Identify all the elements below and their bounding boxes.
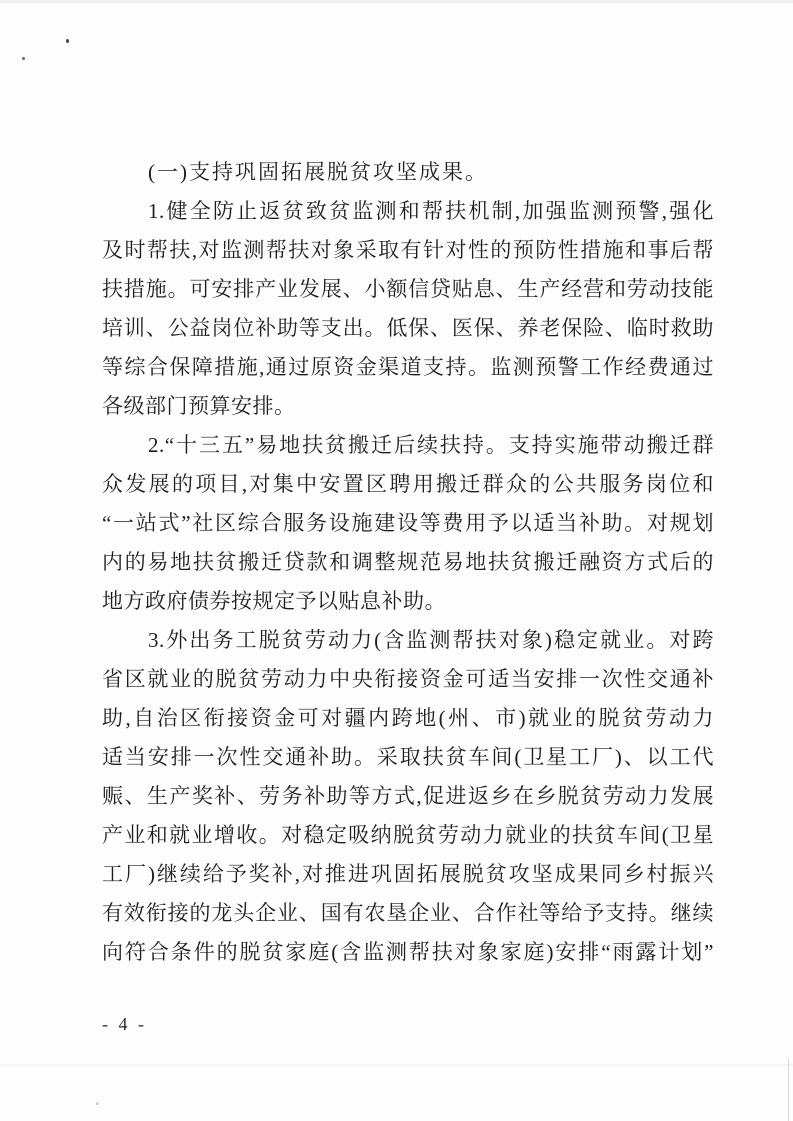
- page-number: - 4 -: [102, 1010, 147, 1038]
- text-line: 3.外出务工脱贫劳动力(含监测帮扶对象)稳定就业。对跨: [102, 621, 714, 660]
- paragraph-1: 1.健全防止返贫致贫监测和帮扶机制,加强监测预警,强化 及时帮扶,对监测帮扶对象…: [102, 192, 714, 426]
- text-line: 工厂)继续给予奖补,对推进巩固拓展脱贫攻坚成果同乡村振兴: [102, 855, 714, 894]
- scan-speck: [66, 39, 69, 43]
- scan-artifact-right-line: [788, 1058, 789, 1121]
- text-line: “一站式”社区综合服务设施建设等费用予以适当补助。对规划: [102, 504, 714, 543]
- text-line: 产业和就业增收。对稳定吸纳脱贫劳动力就业的扶贫车间(卫星: [102, 816, 714, 855]
- text-line: 等综合保障措施,通过原资金渠道支持。监测预警工作经费通过: [102, 348, 714, 387]
- scanned-document-page: (一)支持巩固拓展脱贫攻坚成果。 1.健全防止返贫致贫监测和帮扶机制,加强监测预…: [0, 0, 793, 1121]
- text-line: 1.健全防止返贫致贫监测和帮扶机制,加强监测预警,强化: [102, 192, 714, 231]
- text-line: 扶措施。可安排产业发展、小额信贷贴息、生产经营和劳动技能: [102, 270, 714, 309]
- section-heading: (一)支持巩固拓展脱贫攻坚成果。: [102, 153, 714, 192]
- text-line: 各级部门预算安排。: [102, 387, 714, 426]
- text-line: 及时帮扶,对监测帮扶对象采取有针对性的预防性措施和事后帮: [102, 231, 714, 270]
- paragraph-3: 3.外出务工脱贫劳动力(含监测帮扶对象)稳定就业。对跨 省区就业的脱贫劳动力中央…: [102, 621, 714, 972]
- scan-artifact-bottom-edge: [0, 1064, 793, 1066]
- text-line: 众发展的项目,对集中安置区聘用搬迁群众的公共服务岗位和: [102, 465, 714, 504]
- document-body: (一)支持巩固拓展脱贫攻坚成果。 1.健全防止返贫致贫监测和帮扶机制,加强监测预…: [102, 153, 714, 972]
- text-line: 适当安排一次性交通补助。采取扶贫车间(卫星工厂)、以工代: [102, 738, 714, 777]
- scan-speck: [96, 1102, 99, 1105]
- text-line: 培训、公益岗位补助等支出。低保、医保、养老保险、临时救助: [102, 309, 714, 348]
- text-line: 助,自治区衔接资金可对疆内跨地(州、市)就业的脱贫劳动力: [102, 699, 714, 738]
- text-line: 地方政府债券按规定予以贴息补助。: [102, 582, 714, 621]
- text-line: 内的易地扶贫搬迁贷款和调整规范易地扶贫搬迁融资方式后的: [102, 543, 714, 582]
- text-line: 2.“十三五”易地扶贫搬迁后续扶持。支持实施带动搬迁群: [102, 426, 714, 465]
- text-line: 赈、生产奖补、劳务补助等方式,促进返乡在乡脱贫劳动力发展: [102, 777, 714, 816]
- text-line: 有效衔接的龙头企业、国有农垦企业、合作社等给予支持。继续: [102, 894, 714, 933]
- scan-speck: [22, 57, 25, 60]
- text-line: 向符合条件的脱贫家庭(含监测帮扶对象家庭)安排“雨露计划”: [102, 933, 714, 972]
- scan-artifact-top-edge: [0, 0, 793, 3]
- paragraph-2: 2.“十三五”易地扶贫搬迁后续扶持。支持实施带动搬迁群 众发展的项目,对集中安置…: [102, 426, 714, 621]
- text-line: 省区就业的脱贫劳动力中央衔接资金可适当安排一次性交通补: [102, 660, 714, 699]
